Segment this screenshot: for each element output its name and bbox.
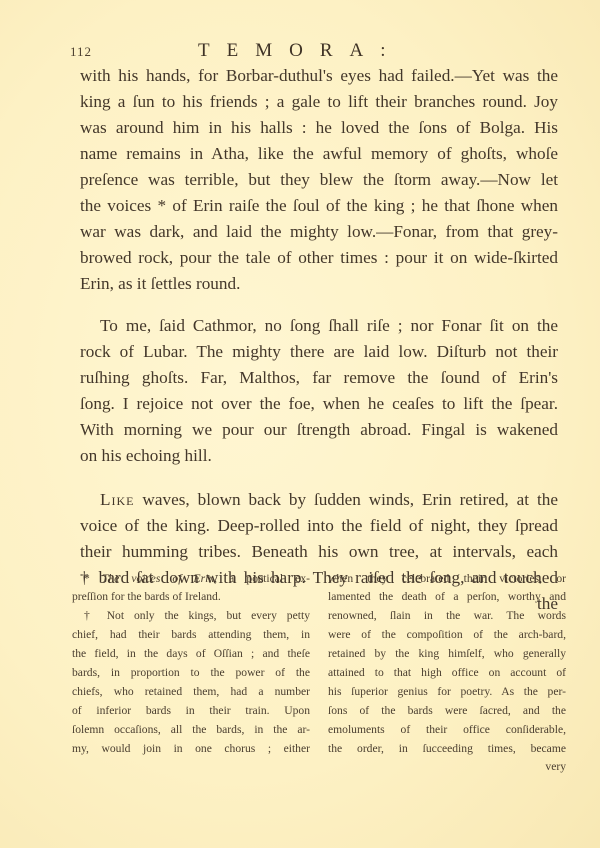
text-fragment: a poetical ex- [217, 572, 310, 585]
text-line: king a ſun to his friends ; a gale to li… [80, 92, 558, 112]
footnote-line: ſolemn occaſions, all the bards, in the … [72, 723, 310, 737]
text-line: ruſhing ghoſts. Far, Malthos, far remove… [80, 368, 558, 388]
footnote-line: my, would join in one chorus ; either [72, 742, 310, 756]
running-title: TEMORA: [198, 40, 403, 62]
text-line: with his hands, for Borbar-duthul's eyes… [80, 66, 558, 86]
page-header: 112 TEMORA: [70, 40, 550, 64]
footnote-line: were of the compoſition of the arch-bard… [328, 628, 566, 642]
footnote-line: of inferior bards in their train. Upon [72, 704, 310, 718]
footnote-line: preſſion for the bards of Ireland. [72, 590, 310, 604]
footnote-line: chief, had their bards attending them, i… [72, 628, 310, 642]
footnote-line: the order, in ſucceeding times, became [328, 742, 566, 756]
footnote-line: renowned, ſlain in the war. The words [328, 609, 566, 623]
text-line: With morning we pour our ſtrength abroad… [80, 420, 558, 440]
footnote-line: retained by the king himſelf, who genera… [328, 647, 566, 661]
footnote-line: bards, in proportion to the power of the [72, 666, 310, 680]
footnote-marker: * [84, 572, 102, 585]
text-line: To me, ſaid Cathmor, no ſong ſhall riſe … [100, 316, 558, 336]
footnote-line: attained to that high office on account … [328, 666, 566, 680]
footnote-line: lamented the death of a perſon, worthy a… [328, 590, 566, 604]
text-line: browed rock, pour the tale of other time… [80, 248, 558, 268]
text-line: war was dark, and laid the mighty low.—F… [80, 222, 558, 242]
footnote-line: the field, in the days of Oſſian ; and t… [72, 647, 310, 661]
footnote-line: ſons of the bards were ſacred, and the [328, 704, 566, 718]
text-line: their humming tribes. Beneath his own tr… [80, 542, 558, 562]
text-line: preſence was terrible, but they blew the… [80, 170, 558, 190]
text-line: Erin, as it ſettles round. [80, 274, 558, 294]
text-line: voice of the king. Deep-rolled into the … [80, 516, 558, 536]
footnote-line: † Not only the kings, but every petty [84, 609, 310, 623]
footnote-line: chiefs, who retained them, had a number [72, 685, 310, 699]
page-number: 112 [70, 44, 92, 60]
text-line: on his echoing hill. [80, 446, 558, 466]
text-fragment: waves, blown back by ſudden winds, Erin … [135, 490, 559, 509]
footnote-italic: The voices of Erin, [102, 572, 217, 585]
footnote-line: emoluments of their office conſiderable, [328, 723, 566, 737]
text-line: ſong. I rejoice not over the foe, when h… [80, 394, 558, 414]
text-line: the voices * of Erin raiſe the ſoul of t… [80, 196, 558, 216]
text-line: Like waves, blown back by ſudden winds, … [100, 490, 558, 510]
text-line: rock of Lubar. The mighty there are laid… [80, 342, 558, 362]
lead-word: Like [100, 490, 135, 509]
footnote-catchword: very [328, 760, 566, 774]
text-line: was around him in his halls : he loved t… [80, 118, 558, 138]
book-page: 112 TEMORA: with his hands, for Borbar-d… [0, 0, 600, 848]
footnote-line: when they celebrated their victories, or [328, 572, 566, 586]
text-line: name remains in Atha, like the awful mem… [80, 144, 558, 164]
footnote-line: his ſuperior genius for poetry. As the p… [328, 685, 566, 699]
footnote-line: * The voices of Erin, a poetical ex- [84, 572, 310, 586]
